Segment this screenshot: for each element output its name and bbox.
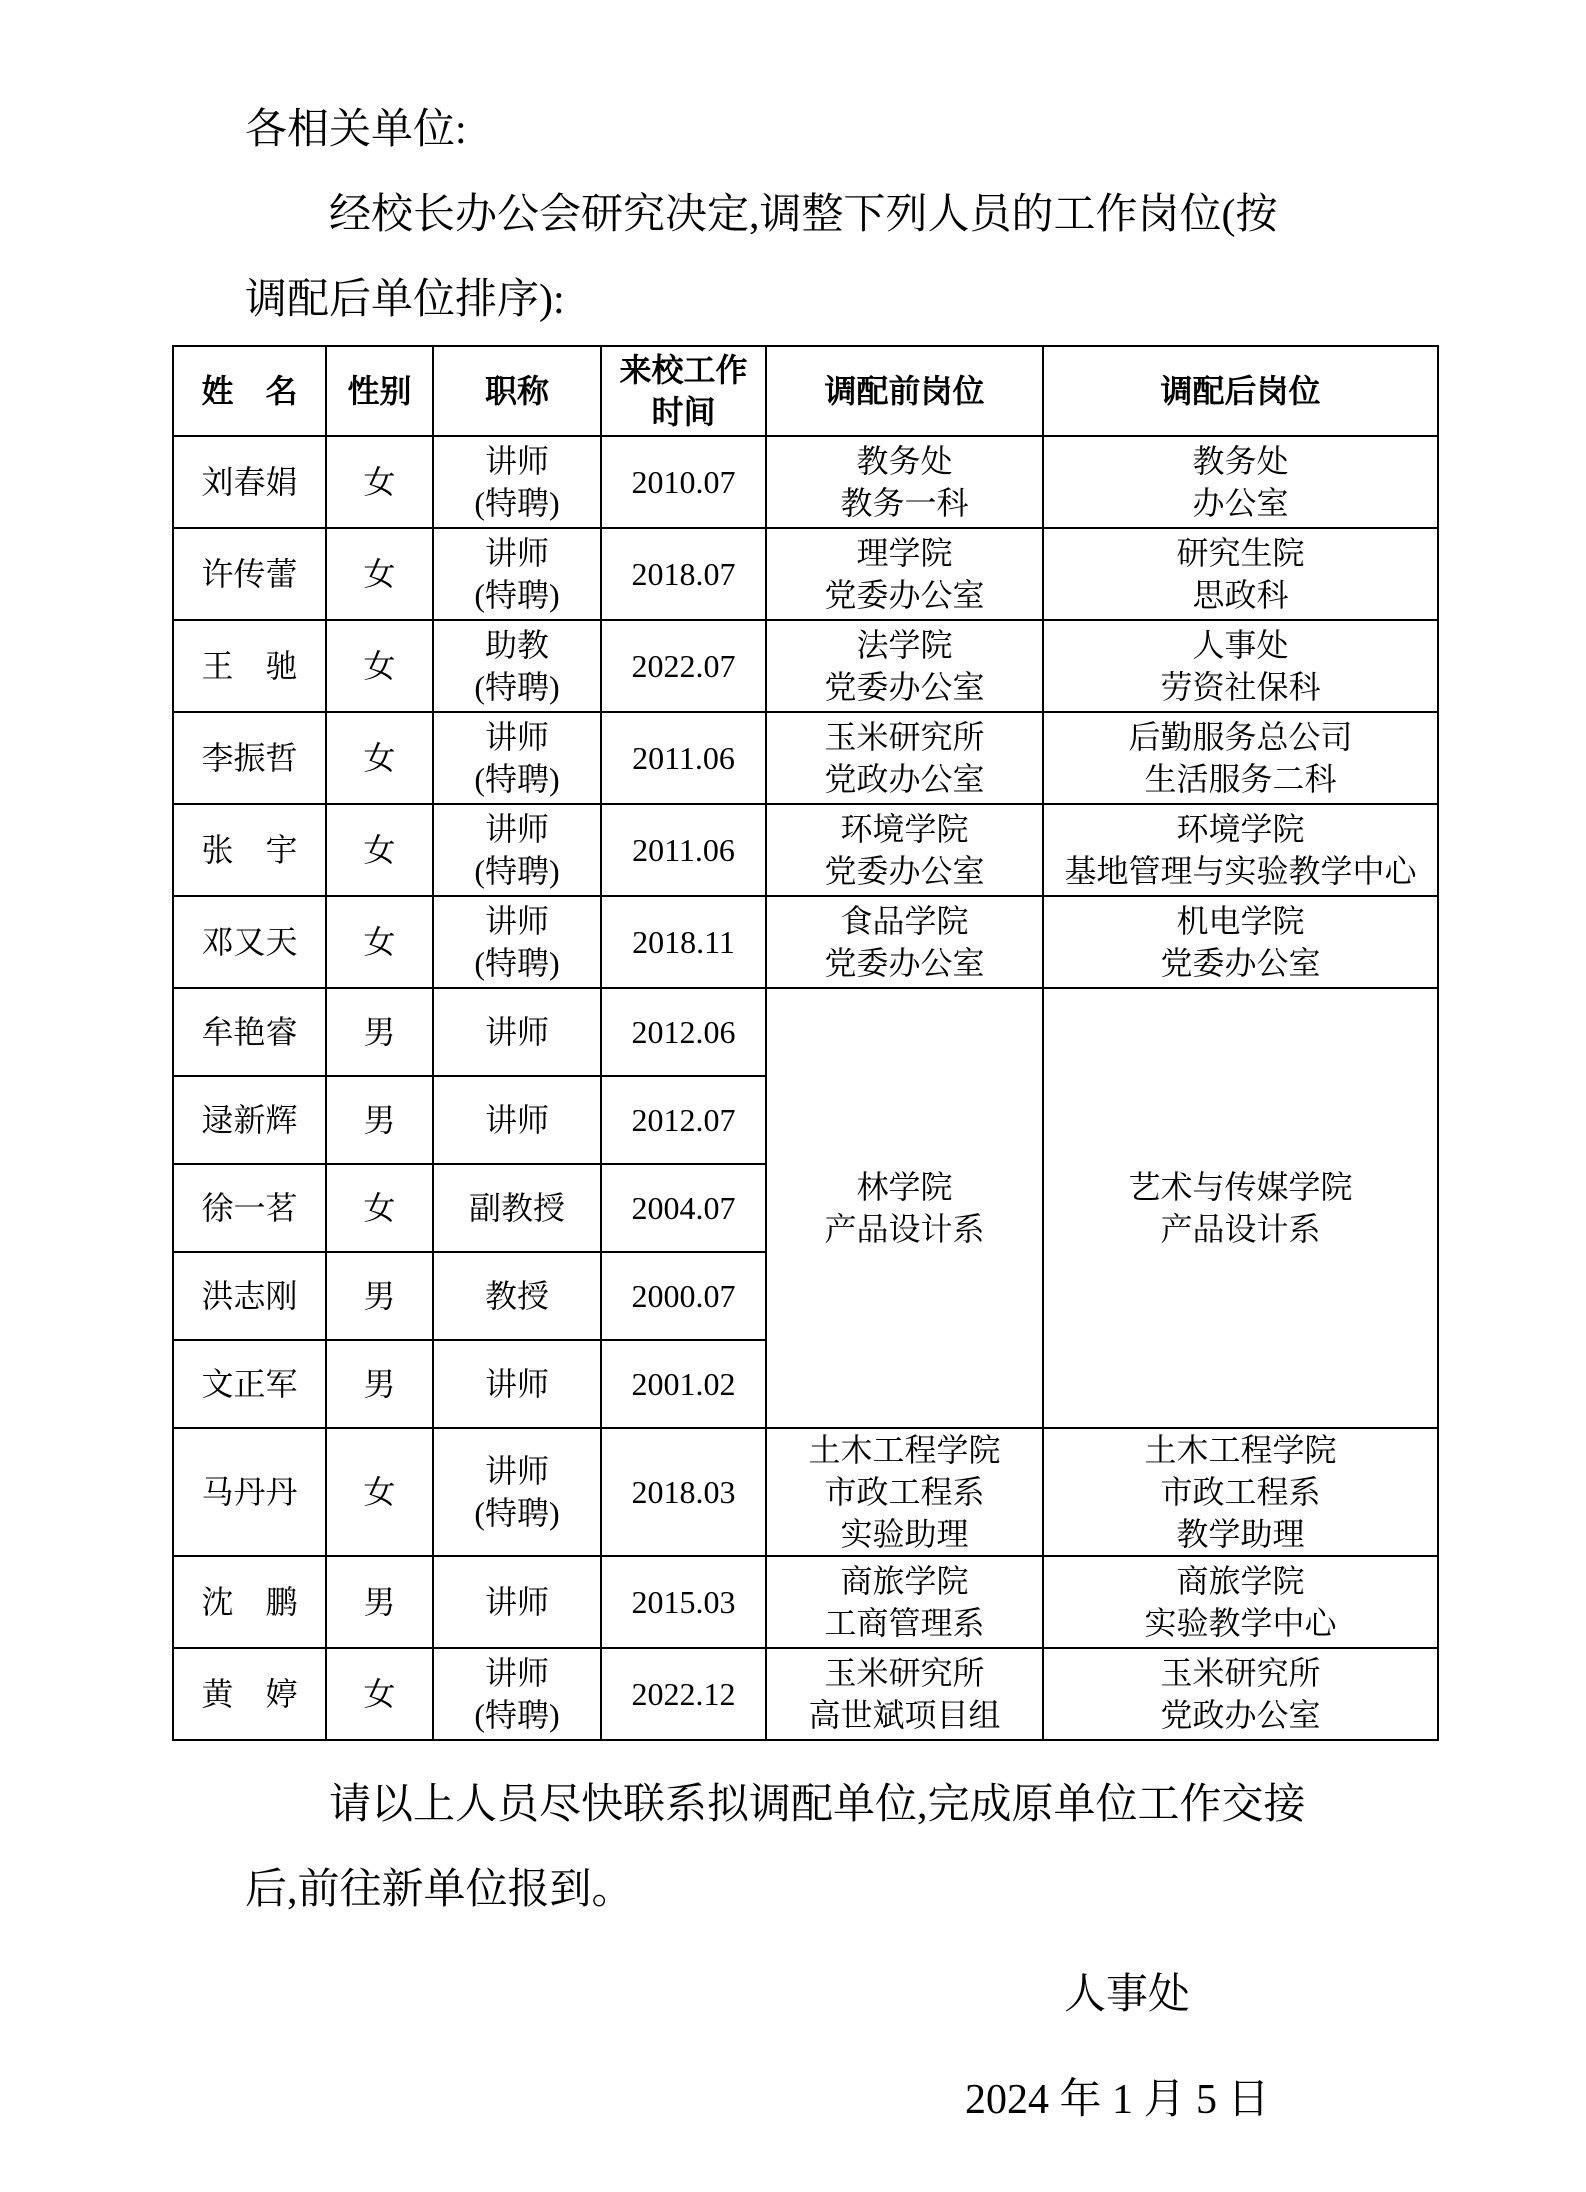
name-cell: 黄 婷	[173, 1648, 326, 1740]
name-cell: 张 宇	[173, 804, 326, 896]
title-cell: 助教 (特聘)	[433, 620, 601, 712]
table-row: 王 驰 女 助教 (特聘) 2022.07 法学院 党委办公室 人事处 劳资社保…	[173, 620, 1438, 712]
start-time-cell: 2012.06	[601, 988, 766, 1076]
position-before-cell: 食品学院 党委办公室	[766, 896, 1043, 988]
gender-cell: 女	[326, 896, 433, 988]
gender-cell: 女	[326, 528, 433, 620]
start-time-cell: 2004.07	[601, 1164, 766, 1252]
title-cell: 副教授	[433, 1164, 601, 1252]
table-row: 邓又天 女 讲师 (特聘) 2018.11 食品学院 党委办公室 机电学院 党委…	[173, 896, 1438, 988]
start-time-cell: 2000.07	[601, 1252, 766, 1340]
table-row: 马丹丹 女 讲师 (特聘) 2018.03 土木工程学院 市政工程系 实验助理 …	[173, 1428, 1438, 1556]
position-before-cell: 教务处 教务一科	[766, 436, 1043, 528]
title-cell: 教授	[433, 1252, 601, 1340]
table-row: 李振哲 女 讲师 (特聘) 2011.06 玉米研究所 党政办公室 后勤服务总公…	[173, 712, 1438, 804]
signature-department: 人事处	[1064, 1953, 1586, 2038]
transfer-table: 姓 名 性别 职称 来校工作 时间 调配前岗位 调配后岗位 刘春娟 女 讲师 (…	[172, 345, 1439, 1741]
position-after-cell: 教务处 办公室	[1043, 436, 1438, 528]
position-before-cell: 玉米研究所 高世斌项目组	[766, 1648, 1043, 1740]
position-after-merged-cell: 艺术与传媒学院 产品设计系	[1043, 988, 1438, 1428]
column-header-position-after: 调配后岗位	[1043, 346, 1438, 436]
start-time-cell: 2001.02	[601, 1340, 766, 1428]
intro-paragraph: 经校长办公会研究决定,调整下列人员的工作岗位(按 调配后单位排序):	[0, 173, 1586, 343]
name-cell: 文正军	[173, 1340, 326, 1428]
title-cell: 讲师 (特聘)	[433, 1428, 601, 1556]
position-after-cell: 机电学院 党委办公室	[1043, 896, 1438, 988]
column-header-title: 职称	[433, 346, 601, 436]
title-cell: 讲师 (特聘)	[433, 712, 601, 804]
title-cell: 讲师	[433, 1556, 601, 1648]
name-cell: 徐一茗	[173, 1164, 326, 1252]
gender-cell: 女	[326, 1428, 433, 1556]
intro-line: 调配后单位排序):	[245, 258, 1446, 343]
position-after-cell: 商旅学院 实验教学中心	[1043, 1556, 1438, 1648]
position-before-merged-cell: 林学院 产品设计系	[766, 988, 1043, 1428]
start-time-cell: 2022.12	[601, 1648, 766, 1740]
column-header-position-before: 调配前岗位	[766, 346, 1043, 436]
name-cell: 沈 鹏	[173, 1556, 326, 1648]
name-cell: 邓又天	[173, 896, 326, 988]
position-before-cell: 玉米研究所 党政办公室	[766, 712, 1043, 804]
title-cell: 讲师 (特聘)	[433, 1648, 601, 1740]
position-after-cell: 环境学院 基地管理与实验教学中心	[1043, 804, 1438, 896]
position-after-cell: 研究生院 思政科	[1043, 528, 1438, 620]
position-after-cell: 玉米研究所 党政办公室	[1043, 1648, 1438, 1740]
position-before-cell: 理学院 党委办公室	[766, 528, 1043, 620]
table-row: 张 宇 女 讲师 (特聘) 2011.06 环境学院 党委办公室 环境学院 基地…	[173, 804, 1438, 896]
start-time-cell: 2011.06	[601, 804, 766, 896]
gender-cell: 男	[326, 988, 433, 1076]
name-cell: 洪志刚	[173, 1252, 326, 1340]
gender-cell: 女	[326, 712, 433, 804]
title-cell: 讲师 (特聘)	[433, 896, 601, 988]
start-time-cell: 2010.07	[601, 436, 766, 528]
title-cell: 讲师	[433, 988, 601, 1076]
document-page: 各相关单位: 经校长办公会研究决定,调整下列人员的工作岗位(按 调配后单位排序)…	[0, 0, 1586, 2143]
table-row: 沈 鹏 男 讲师 2015.03 商旅学院 工商管理系 商旅学院 实验教学中心	[173, 1556, 1438, 1648]
name-cell: 李振哲	[173, 712, 326, 804]
salutation-text: 各相关单位:	[245, 88, 1586, 173]
gender-cell: 男	[326, 1340, 433, 1428]
position-after-cell: 后勤服务总公司 生活服务二科	[1043, 712, 1438, 804]
position-after-cell: 土木工程学院 市政工程系 教学助理	[1043, 1428, 1438, 1556]
table-header-row: 姓 名 性别 职称 来校工作 时间 调配前岗位 调配后岗位	[173, 346, 1438, 436]
table-row: 许传蕾 女 讲师 (特聘) 2018.07 理学院 党委办公室 研究生院 思政科	[173, 528, 1438, 620]
start-time-cell: 2018.07	[601, 528, 766, 620]
start-time-cell: 2011.06	[601, 712, 766, 804]
gender-cell: 女	[326, 804, 433, 896]
gender-cell: 女	[326, 620, 433, 712]
document-date: 2024 年 1 月 5 日	[965, 2058, 1586, 2143]
closing-line: 后,前往新单位报到。	[245, 1848, 1446, 1933]
start-time-cell: 2015.03	[601, 1556, 766, 1648]
table-row: 黄 婷 女 讲师 (特聘) 2022.12 玉米研究所 高世斌项目组 玉米研究所…	[173, 1648, 1438, 1740]
start-time-cell: 2018.11	[601, 896, 766, 988]
gender-cell: 男	[326, 1556, 433, 1648]
start-time-cell: 2018.03	[601, 1428, 766, 1556]
name-cell: 逯新辉	[173, 1076, 326, 1164]
position-before-cell: 环境学院 党委办公室	[766, 804, 1043, 896]
column-header-name: 姓 名	[173, 346, 326, 436]
column-header-gender: 性别	[326, 346, 433, 436]
name-cell: 牟艳睿	[173, 988, 326, 1076]
start-time-cell: 2012.07	[601, 1076, 766, 1164]
name-cell: 刘春娟	[173, 436, 326, 528]
title-cell: 讲师	[433, 1340, 601, 1428]
title-cell: 讲师 (特聘)	[433, 804, 601, 896]
title-cell: 讲师	[433, 1076, 601, 1164]
name-cell: 王 驰	[173, 620, 326, 712]
gender-cell: 男	[326, 1076, 433, 1164]
title-cell: 讲师 (特聘)	[433, 528, 601, 620]
table-row: 刘春娟 女 讲师 (特聘) 2010.07 教务处 教务一科 教务处 办公室	[173, 436, 1438, 528]
gender-cell: 女	[326, 1648, 433, 1740]
position-before-cell: 土木工程学院 市政工程系 实验助理	[766, 1428, 1043, 1556]
gender-cell: 男	[326, 1252, 433, 1340]
title-cell: 讲师 (特聘)	[433, 436, 601, 528]
position-before-cell: 法学院 党委办公室	[766, 620, 1043, 712]
name-cell: 马丹丹	[173, 1428, 326, 1556]
closing-paragraph: 请以上人员尽快联系拟调配单位,完成原单位工作交接 后,前往新单位报到。	[0, 1763, 1586, 1933]
position-after-cell: 人事处 劳资社保科	[1043, 620, 1438, 712]
closing-line: 请以上人员尽快联系拟调配单位,完成原单位工作交接	[245, 1763, 1446, 1848]
start-time-cell: 2022.07	[601, 620, 766, 712]
name-cell: 许传蕾	[173, 528, 326, 620]
column-header-start-time: 来校工作 时间	[601, 346, 766, 436]
gender-cell: 女	[326, 436, 433, 528]
position-before-cell: 商旅学院 工商管理系	[766, 1556, 1043, 1648]
intro-line: 经校长办公会研究决定,调整下列人员的工作岗位(按	[245, 173, 1446, 258]
gender-cell: 女	[326, 1164, 433, 1252]
table-row: 牟艳睿 男 讲师 2012.06 林学院 产品设计系 艺术与传媒学院 产品设计系	[173, 988, 1438, 1076]
